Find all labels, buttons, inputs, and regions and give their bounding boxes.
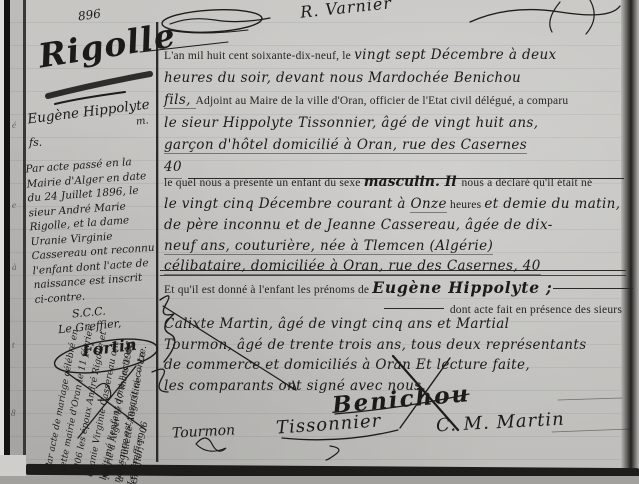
declarant-signature-tissonnier: Tissonnier <box>275 410 381 438</box>
act-line: de père inconnu et de Jeanne Cassereau, … <box>164 215 624 236</box>
printed-form-text: L'an mil huit cent soixante-dix-neuf, le <box>164 50 354 62</box>
margin-child-name: Eugène Hippolyte <box>26 97 150 128</box>
printed-form-text: Et qu'il est donné à l'enfant les prénom… <box>164 284 372 296</box>
act-line: Calixte Martin, âgé de vingt cinq ans et… <box>164 314 624 335</box>
handwritten-entry: le vingt cinq Décembre courant à <box>164 196 410 212</box>
handwritten-entry: de commerce et domiciliés à Oran Et lect… <box>164 357 530 373</box>
printed-form-text: heures <box>447 199 484 211</box>
gutter-fragment: à <box>12 262 17 272</box>
signature-flourish-icon <box>470 0 620 34</box>
act-line: le quel nous a présenté un enfant du sex… <box>164 172 624 194</box>
page-fold-line <box>23 0 26 464</box>
act-paragraph-birth-details: le quel nous a présenté un enfant du sex… <box>164 172 624 277</box>
handwritten-entry: Tourmon, âgé de trente trois ans, tous d… <box>164 337 587 353</box>
section-divider-rule <box>160 270 626 276</box>
act-line: garçon d'hôtel domicilié à Oran, rue des… <box>164 134 624 156</box>
handwritten-entry: Calixte Martin, âgé de vingt cinq ans et… <box>164 316 509 332</box>
act-line: fils, Adjoint au Maire de la ville d'Ora… <box>164 89 624 112</box>
oval-paraphe-icon <box>161 7 270 34</box>
act-paragraph-declaration: L'an mil huit cent soixante-dix-neuf, le… <box>164 44 624 179</box>
margin-recognition-note: Par acte passé en la Mairie d'Alger en d… <box>25 154 159 307</box>
handwritten-entry: fils, <box>164 92 196 109</box>
printed-form-text: le quel nous a présenté un enfant du sex… <box>164 177 364 189</box>
printed-form-text: Adjoint au Maire de la ville d'Oran, off… <box>196 95 569 107</box>
act-number: 896 <box>77 6 102 23</box>
margin-sex-abbrev: m. <box>135 115 149 127</box>
act-line: le vingt cinq Décembre courant à Onze he… <box>164 194 624 216</box>
act-line: de commerce et domiciliés à Oran Et lect… <box>164 355 624 376</box>
act-line-given-names: Et qu'il est donné à l'enfant les prénom… <box>164 278 633 298</box>
act-line: Tourmon, âgé de trente trois ans, tous d… <box>164 335 624 356</box>
blank-fill-rule <box>384 308 444 309</box>
act-line: L'an mil huit cent soixante-dix-neuf, le… <box>164 44 624 67</box>
gutter-fragment: e <box>12 200 16 210</box>
act-paragraph-witnesses: Calixte Martin, âgé de vingt cinq ans et… <box>164 314 624 396</box>
handwritten-entry: heures du soir, devant nous Mardochée Be… <box>164 70 521 86</box>
act-line: neuf ans, couturière, née à Tlemcen (Alg… <box>164 236 624 257</box>
handwritten-entry: masculin. Il <box>364 174 462 190</box>
handwritten-entry: Onze <box>410 196 446 213</box>
gutter-fragment: 8 <box>11 408 16 418</box>
printed-form-text: nous a déclaré qu'il était né <box>461 177 592 189</box>
handwritten-entry: et demie du matin, <box>484 196 620 212</box>
previous-act-signature: R. Varnier <box>299 0 393 22</box>
witness-signature-tourmon: Tourmon <box>172 422 236 441</box>
act-line: le sieur Hippolyte Tissonnier, âgé de vi… <box>164 112 624 134</box>
margin-filiation-abbrev: fs. <box>29 136 42 149</box>
handwritten-entry: neuf ans, couturière, née à Tlemcen (Alg… <box>164 238 493 255</box>
scanned-birth-record: é e à t 8 896 Rigolle Eugène Hippolyte m… <box>0 0 639 484</box>
gutter-fragment: é <box>12 120 16 130</box>
witness-signature-martin: C. M. Martin <box>436 409 566 437</box>
child-given-names: Eugène Hippolyte ; <box>372 278 552 297</box>
handwritten-entry: de père inconnu et de Jeanne Cassereau, … <box>164 217 553 233</box>
handwritten-entry: le sieur Hippolyte Tissonnier, âgé de vi… <box>164 115 538 131</box>
handwritten-entry: garçon d'hôtel domicilié à Oran, rue des… <box>164 137 527 154</box>
gutter-fragment: t <box>12 340 15 350</box>
ruled-dash <box>558 398 622 400</box>
binding-gutter: é e à t 8 <box>10 0 23 462</box>
handwritten-entry: vingt sept Décembre à deux <box>354 47 557 63</box>
act-line: heures du soir, devant nous Mardochée Be… <box>164 67 624 89</box>
blank-fill-rule <box>553 288 633 289</box>
